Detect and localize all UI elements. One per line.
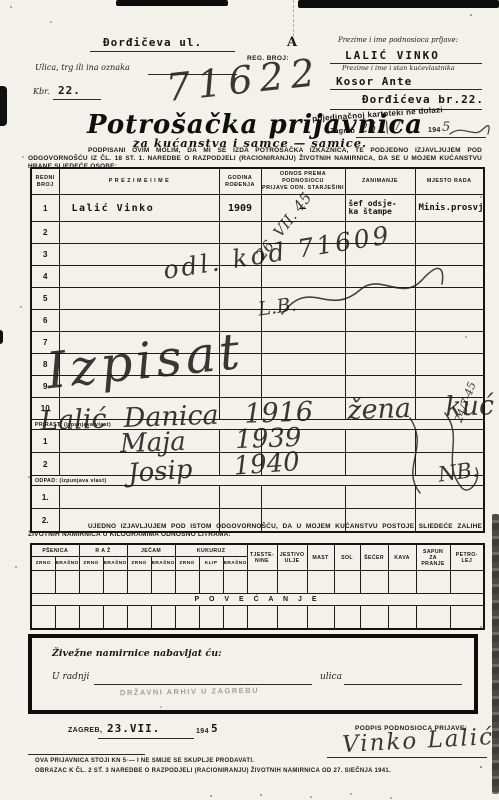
footer-year-value: 5: [211, 722, 219, 735]
supplies-cell: [277, 606, 307, 630]
supplies-cell: [360, 571, 388, 594]
table-cell: 1.: [31, 486, 59, 509]
povecanje-band: P O V E Ć A N J E: [31, 594, 484, 606]
supplies-cell: [199, 571, 223, 594]
supplies-sub-header: ZRNO: [127, 557, 151, 571]
table-cell: [261, 376, 345, 398]
table-cell: [59, 486, 219, 509]
purchase-box-heading: Živežne namirnice nabavljat ću:: [52, 648, 222, 659]
scan-noise-specks: [10, 6, 12, 8]
landlord-value: Kosor Ante: [336, 75, 412, 88]
kbr-value: 22.: [58, 84, 81, 97]
supplies-sub-header: ZRNO: [31, 557, 55, 571]
supplies-cell: [79, 606, 103, 630]
kbr-line: [53, 98, 101, 100]
supplies-cell: [307, 571, 334, 594]
table-cell: [59, 222, 219, 244]
supplies-cell: [334, 606, 360, 630]
supplies-cell: [103, 571, 127, 594]
footer-note-2: OBRAZAC K ČL. 2 ST. 3 NAREDBE O RAZPODJE…: [35, 768, 485, 774]
supplies-single-header: ŠEĆER: [360, 544, 388, 571]
supplies-cell: [103, 606, 127, 630]
supplies-cell: [388, 571, 416, 594]
landlord-label: Prezime i ime i stan kućevlastnika: [342, 64, 455, 72]
footer-note-1: OVA PRIJAVNICA STOJI KN 5·— I NE SMIJE S…: [35, 758, 475, 764]
shop-field-label: U radnji: [52, 672, 89, 682]
table-cell: 2: [31, 222, 59, 244]
supplies-sub-header: BRAŠNO: [103, 557, 127, 571]
supplies-cell: [277, 571, 307, 594]
supplies-single-header: TJESTE- NINE: [247, 544, 277, 571]
persons-table-header: REDNI BROJP R E Z I M E I I M EGODINA RO…: [31, 168, 484, 195]
supplies-cell: [247, 571, 277, 594]
footer-date-value: 23.VII.: [107, 722, 160, 735]
table-cell: [261, 354, 345, 376]
table-cell: [219, 486, 261, 509]
street-field-line: [148, 73, 237, 75]
table-cell: 1: [31, 195, 59, 222]
table-cell: 4: [31, 266, 59, 288]
stamp-flourish: [448, 122, 490, 140]
applicant-value: LALIĆ VINKO: [345, 49, 440, 62]
street-name-line: [90, 50, 235, 52]
kbr-label: Kbr.: [33, 87, 50, 96]
supplies-cell: [334, 571, 360, 594]
table-cell: [219, 222, 261, 244]
supplies-cell: [151, 606, 175, 630]
supplies-sub-header: ZRNO: [175, 557, 199, 571]
supplies-single-header: KAVA: [388, 544, 416, 571]
supplies-single-header: SAPUN ZA PRANJE: [416, 544, 450, 571]
supplies-cell: [416, 606, 450, 630]
supplies-sub-header: KLIP: [199, 557, 223, 571]
annotation-flourish-signature: [276, 262, 446, 322]
table-cell: šef odsje- ka štampe: [345, 195, 415, 222]
street-field-label: Ulica, trg ili ina oznaka: [35, 63, 130, 72]
supplies-single-header: PETRO- LEJ: [450, 544, 484, 571]
persons-col-header: ZANIMANJE: [345, 168, 415, 195]
table-cell: 2: [31, 453, 59, 476]
supplies-single-header: SOL: [334, 544, 360, 571]
supplies-group-header: KUKURUZ: [175, 544, 247, 557]
footer-year-prefix: 194: [196, 728, 209, 735]
scan-top-bar-left: [116, 0, 228, 6]
persons-col-header: MJESTO RADA: [415, 168, 484, 195]
table-cell: Lalić Vinko: [59, 195, 219, 222]
purchase-box: Živežne namirnice nabavljat ću: U radnji…: [28, 634, 478, 714]
table-cell: [261, 332, 345, 354]
persons-col-header: GODINA ROĐENJA: [219, 168, 261, 195]
table-cell: [415, 354, 484, 376]
scanned-form-page: { "header": { "street_value": "Đorđičeva…: [0, 0, 499, 800]
supplies-cell: [55, 606, 79, 630]
supplies-cell: [151, 571, 175, 594]
supplies-cell: [31, 571, 55, 594]
table-cell: [345, 354, 415, 376]
supplies-intro-paragraph: UJEDNO IZJAVLJUJEM POD ISTOM ODGOVORNOŠĆ…: [28, 523, 482, 539]
table-cell: Minis.prosvj.: [415, 195, 484, 222]
supplies-cell: [55, 571, 79, 594]
supplies-empty-row: [31, 606, 484, 630]
supplies-sub-header: BRAŠNO: [151, 557, 175, 571]
table-cell: 1909: [219, 195, 261, 222]
supplies-empty-row: [31, 571, 484, 594]
footer-place-label: ZAGREB,: [68, 727, 102, 734]
povecanje-band-label: P O V E Ć A N J E: [31, 594, 484, 606]
supplies-cell: [175, 571, 199, 594]
supplies-single-header: JESTIVO ULJE: [277, 544, 307, 571]
table-row: 1Lalić Vinko1909—šef odsje- ka štampeMin…: [31, 195, 484, 222]
scan-right-edge-strip: [492, 514, 499, 794]
supplies-group-header: R A Ž: [79, 544, 127, 557]
supplies-sub-header: BRAŠNO: [55, 557, 79, 571]
supplies-cell: [127, 571, 151, 594]
stamp-place: Zagreb: [330, 128, 355, 135]
shop-field-line: [94, 683, 312, 685]
landlord-line: [330, 88, 482, 90]
applicant-label: Prezime i ime podnosioca prijave:: [338, 36, 458, 44]
street-name-value: Đorđičeva ul.: [103, 36, 202, 49]
supplies-cell: [307, 606, 334, 630]
supplies-sub-header: ZRNO: [79, 557, 103, 571]
archive-stamp-text: DRŽAVNI ARHIV U ZAGREBU: [120, 686, 259, 697]
supplies-cell: [79, 571, 103, 594]
table-cell: 5: [31, 288, 59, 310]
reg-broj-handwritten: 71622: [164, 50, 324, 110]
supplies-cell: [223, 606, 247, 630]
scan-top-bar-right: [298, 0, 499, 8]
footer-date-line: [98, 737, 194, 739]
table-cell: 3: [31, 244, 59, 266]
supplies-cell: [223, 571, 247, 594]
supplies-group-header: JEČAM: [127, 544, 175, 557]
supplies-cell: [450, 606, 484, 630]
table-cell: [219, 288, 261, 310]
persons-col-header: P R E Z I M E I I M E: [59, 168, 219, 195]
scan-left-edge-mark: [0, 86, 7, 126]
section-letter: A: [287, 35, 297, 50]
supplies-cell: [175, 606, 199, 630]
supplies-cell: [199, 606, 223, 630]
persons-col-header: REDNI BROJ: [31, 168, 59, 195]
table-cell: [415, 222, 484, 244]
supplies-cell: [360, 606, 388, 630]
supplies-table: PŠENICAR A ŽJEČAMKUKURUZTJESTE- NINEJEST…: [30, 543, 485, 630]
table-cell: [261, 486, 345, 509]
table-cell: 6: [31, 310, 59, 332]
table-cell: [415, 332, 484, 354]
supplies-group-header: PŠENICA: [31, 544, 79, 557]
footer-left-line: [28, 753, 145, 755]
supplies-cell: [127, 606, 151, 630]
supplies-single-header: MAST: [307, 544, 334, 571]
supplies-cell: [31, 606, 55, 630]
supplies-cell: [450, 571, 484, 594]
supplies-cell: [416, 571, 450, 594]
street-field2-line: [344, 683, 462, 685]
table-cell: [345, 332, 415, 354]
supplies-cell: [388, 606, 416, 630]
street-field2-label: ulica: [320, 672, 342, 682]
stamp-date-handwritten: 25, | 7: [360, 119, 403, 137]
supplies-cell: [247, 606, 277, 630]
scan-left-edge-mark-2: [0, 330, 3, 344]
stamp-year-printed: 194: [428, 127, 441, 134]
table-cell: [59, 288, 219, 310]
supplies-sub-header: BRAŠNO: [223, 557, 247, 571]
